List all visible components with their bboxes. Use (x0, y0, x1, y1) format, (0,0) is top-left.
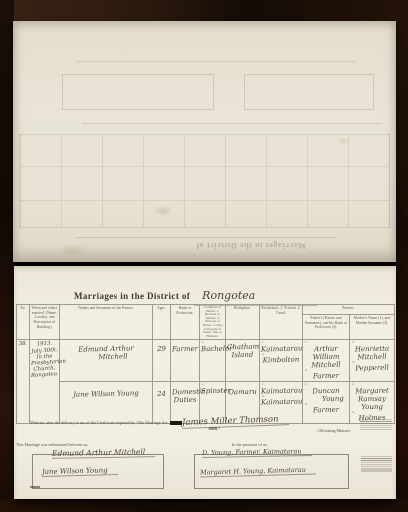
ghost-signature-box-left (244, 74, 374, 110)
book-cover-top-edge (0, 0, 408, 21)
when-line: Rongotea. (31, 371, 58, 379)
register-title-printed: Marriages in the District of (74, 291, 190, 301)
struck-out-year (170, 421, 182, 425)
bride-father-rank: Farmer (304, 406, 348, 415)
witness1-signature-text: D. Young, Farmer, Kaimatarau (202, 447, 312, 458)
groom-age: 29 (154, 345, 169, 353)
register-table: No. When and where married. (Name, Local… (16, 304, 395, 424)
groom-father-name-line2: Mitchell (304, 360, 348, 369)
groom-mother-name-line2: Mitchell (351, 352, 393, 361)
fine-print-note (361, 456, 392, 472)
entry-number-cell: 38. (17, 340, 30, 424)
groom-condition: Bachelor (201, 344, 224, 353)
groom-age-cell: 29 (153, 340, 171, 382)
bride-age: 24 (154, 390, 169, 398)
bride-signature: Jane Wilson Young (42, 466, 118, 476)
groom-condition-cell: 1. Bachelor (200, 340, 226, 382)
witness1-signature: D. Young, Farmer, Kaimatarau (202, 447, 312, 457)
groom-rank-cell: Farmer (171, 340, 200, 382)
col-header-birthplace: Birthplace. (226, 305, 260, 340)
groom-mother-cell: 1. Henrietta Mitchell 3. Pepperell (350, 340, 395, 382)
book-cover-bottom-edge (0, 499, 408, 512)
table-row-groom: 38. 1913. July 30th. In the Presbyterian… (17, 340, 395, 382)
page-showthrough: Marriages in the District of (13, 21, 396, 262)
presence-label: In the presence of us, (232, 442, 268, 447)
groom-rank: Farmer (172, 345, 198, 354)
fine-print-note (360, 419, 392, 431)
col-header-condition: Condition of Parties: 1. Bachelor or Spi… (200, 305, 226, 340)
ghost-signature-box-right (62, 74, 214, 110)
bride-mother-cell: 1. Margaret Ramsay Young 3. Holmes (350, 382, 395, 424)
bride-name: Jane Wilson Young (61, 389, 151, 399)
register-title: Marriages in the District of Rongotea (74, 286, 317, 306)
book-cover-right-edge (396, 0, 408, 512)
bride-condition: Spinster (201, 386, 224, 395)
bride-age-cell: 24 (153, 382, 171, 424)
bride-residence-present: Kaimatarau (261, 386, 301, 395)
ink-smudge (30, 486, 40, 488)
groom-father-cell: 1. Arthur William Mitchell 2. Farmer (303, 340, 350, 382)
groom-name-cell: Edmund Arthur Mitchell (60, 340, 153, 382)
groom-signature-text: Edmund Arthur Mitchell (52, 447, 155, 459)
groom-residence-usual: Kimbolton (261, 356, 301, 365)
bride-father-cell: 1. Duncan Young 2. Farmer (303, 382, 350, 424)
groom-birthplace-line2: Island (227, 351, 258, 360)
groom-mother-maiden-surname: Pepperell (351, 364, 393, 373)
solemnized-label: This Marriage was solemnized between us, (16, 442, 88, 447)
col-header-no: No. (17, 305, 30, 340)
groom-father-rank: Farmer (304, 372, 348, 381)
officiating-minister-label: , Officiating Minister. (316, 428, 351, 433)
groom-signature: Edmund Arthur Mitchell (52, 447, 155, 458)
col-header-parents: Parents. (303, 305, 395, 315)
col-header-rank: Rank or Profession. (171, 305, 200, 340)
col-header-mother: Mother's Name (1), and Maiden Surname (3… (350, 315, 395, 340)
district-field: Rongotea (194, 286, 317, 306)
ghost-title-rule (76, 237, 336, 238)
ghost-page-content: Marriages in the District of (13, 21, 396, 262)
ghost-page-title: Marriages in the District of (196, 241, 306, 250)
groom-residence-present: Kaimatarau (261, 344, 301, 353)
groom-name-line2: Mitchell (61, 352, 151, 362)
bride-rank-line2: Duties (172, 396, 198, 405)
book-cover-left-edge (0, 0, 14, 512)
bride-name-cell: Jane Wilson Young (60, 382, 153, 424)
bride-residence-usual: Kaimatarau (261, 398, 301, 407)
col-header-father: Father's (Names and Surnames), and his R… (303, 315, 350, 340)
ghost-text-line (82, 123, 382, 124)
groom-residence-cell: 1. Kaimatarau 2. Kimbolton (260, 340, 303, 382)
entry-number: 38. (18, 341, 28, 347)
witness2-signature: Margaret H. Young, Kaimatarau (200, 465, 316, 476)
col-header-residence: Residences. 1. Present. 2. Usual. (260, 305, 303, 340)
district-handwritten: Rongotea (202, 289, 255, 302)
bride-father-name-line2: Young (304, 394, 348, 403)
ghost-register-table (19, 134, 390, 228)
bride-mother-name-line2: Ramsay Young (351, 394, 393, 411)
when-where-cell: 1913. July 30th. In the Presbyterian Chu… (30, 340, 60, 424)
minister-declaration-text: Minister, after the delivery to me of th… (30, 420, 169, 425)
groom-birthplace-cell: Chatham Island (226, 340, 260, 382)
col-header-when-where: When and where married. (Name, Locality,… (30, 305, 60, 340)
groom-father-name-line1: Arthur William (304, 344, 348, 361)
col-header-ages: Ages. (153, 305, 171, 340)
ghost-text-line (76, 61, 356, 62)
bride-birthplace: Oamaru (227, 388, 258, 397)
col-header-names: Names and Surnames of the Parties. (60, 305, 153, 340)
marriage-register-page: Marriages in the District of Rongotea No… (14, 266, 396, 499)
